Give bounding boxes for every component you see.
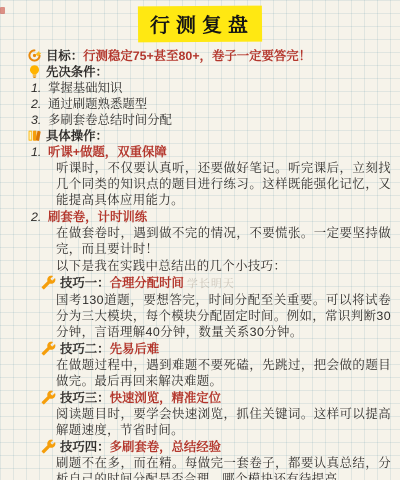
item-number: 1. [31,80,48,96]
item-text: 掌握基础知识 [48,81,122,95]
tip-label: 技巧三： [60,391,110,405]
lightbulb-icon [27,64,42,79]
tip-label: 技巧四： [60,440,110,454]
tip-title: 先易后难 [110,342,160,356]
tip-title: 合理分配时间 [110,276,184,290]
wrench-icon [41,390,56,405]
step-number: 2. [31,209,48,225]
tip-heading: 技巧四：多刷套卷，总结经验 [0,439,400,455]
tip-body: 阅读题目时，要学会快速浏览，抓住关键词。这样可以提高解题速度，节省时间。 [56,406,391,438]
step-title: 刷套卷，计时训练 [48,210,147,224]
item-text: 通过刷题熟悉题型 [48,97,147,111]
prereq-heading-line: 先决条件： [0,64,400,80]
item-number: 2. [31,96,48,112]
operations-heading: 具体操作： [46,129,108,143]
step-heading: 1.听课+做题，双重保障 [0,144,400,160]
tips-intro: 以下是我在实践中总结出的几个小技巧： [56,258,391,274]
tip-heading: 技巧三：快速浏览，精准定位 [0,390,400,406]
tip-title: 快速浏览，精准定位 [110,391,222,405]
tip-body: 国考130道题，要想答完，时间分配至关重要。可以将试卷分为三大模块，每个模块分配… [56,292,391,340]
note-page: 行测复盘 目标：行测稳定75+甚至80+，卷子一定要答完！ 先决条件： 1.掌握… [0,0,400,480]
goal-text: 行测稳定75+甚至80+，卷子一定要答完！ [83,49,311,63]
goal-line: 目标：行测稳定75+甚至80+，卷子一定要答完！ [0,48,400,64]
tip-heading: 技巧二：先易后难 [0,341,400,357]
wrench-icon [41,275,56,290]
prereq-heading: 先决条件： [46,65,108,79]
tip-label: 技巧二： [60,342,110,356]
corner-mark [0,7,5,14]
operations-heading-line: 具体操作： [0,128,400,144]
page-title: 行测复盘 [138,6,262,43]
target-icon [27,48,42,63]
step-heading: 2.刷套卷，计时训练 [0,209,400,225]
step-title: 听课+做题，双重保障 [48,145,167,159]
step-number: 1. [31,144,48,160]
item-text: 多刷套卷总结时间分配 [48,113,172,127]
prereq-item: 2.通过刷题熟悉题型 [0,96,400,112]
wrench-icon [41,439,56,454]
step-body: 在做套卷时，遇到做不完的情况，不要慌张。一定要坚持做完，而且要计时！ [56,225,391,257]
tip-label: 技巧一： [60,276,110,290]
prereq-item: 1.掌握基础知识 [0,80,400,96]
watermark: 学长明天 [187,278,235,290]
tip-body: 在做题过程中，遇到难题不要死磕，先跳过，把会做的题目做完。最后再回来解决难题。 [56,357,391,389]
step-body: 听课时，不仅要认真听，还要做好笔记。听完课后，立刻找几个同类的知识点的题目进行练… [56,160,391,208]
prereq-item: 3.多刷套卷总结时间分配 [0,112,400,128]
tip-heading: 技巧一：合理分配时间学长明天 [0,275,400,292]
item-number: 3. [31,112,48,128]
books-icon [27,128,42,143]
goal-label: 目标： [46,49,83,63]
wrench-icon [41,341,56,356]
tip-title: 多刷套卷，总结经验 [110,440,222,454]
title-row: 行测复盘 [0,6,400,42]
tip-body: 刷题不在多，而在精。每做完一套卷子，都要认真总结，分析自己的时间分配是否合理，哪… [56,455,391,480]
